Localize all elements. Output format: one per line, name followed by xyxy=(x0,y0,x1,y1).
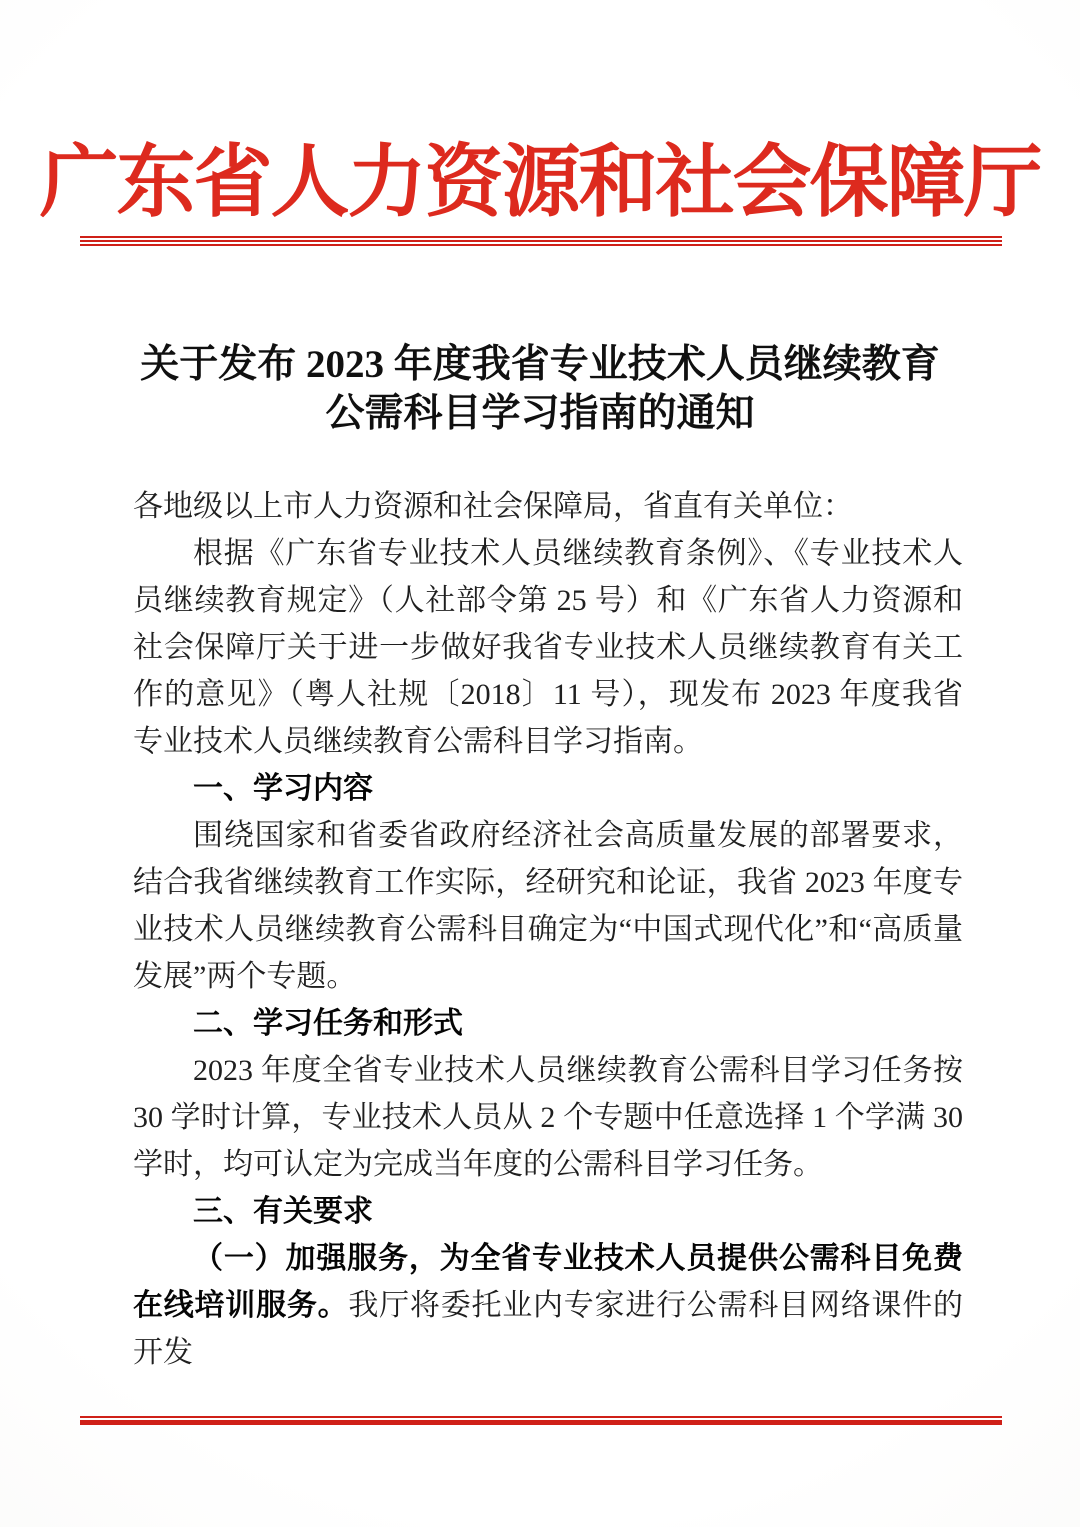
document-title-line1: 关于发布 2023 年度我省专业技术人员继续教育 xyxy=(90,340,990,389)
document-page: 广东省人力资源和社会保障厅 关于发布 2023 年度我省专业技术人员继续教育 公… xyxy=(0,0,1080,1527)
section-2-paragraph: 2023 年度全省专业技术人员继续教育公需科目学习任务按 30 学时计算，专业技… xyxy=(133,1047,963,1188)
section-3-heading: 三、有关要求 xyxy=(133,1188,963,1235)
document-body: 各地级以上市人力资源和社会保障局，省直有关单位： 根据《广东省专业技术人员继续教… xyxy=(133,483,963,1376)
document-title: 关于发布 2023 年度我省专业技术人员继续教育 公需科目学习指南的通知 xyxy=(90,340,990,438)
intro-paragraph: 根据《广东省专业技术人员继续教育条例》、《专业技术人员继续教育规定》（人社部令第… xyxy=(133,530,963,765)
section-3-paragraph: （一）加强服务，为全省专业技术人员提供公需科目免费在线培训服务。我厅将委托业内专… xyxy=(133,1235,963,1376)
section-1-heading: 一、学习内容 xyxy=(133,765,963,812)
masthead-separator-rule xyxy=(80,236,1002,246)
document-title-line2: 公需科目学习指南的通知 xyxy=(90,389,990,438)
section-1-paragraph: 围绕国家和省委省政府经济社会高质量发展的部署要求，结合我省继续教育工作实际，经研… xyxy=(133,812,963,1000)
section-2-heading: 二、学习任务和形式 xyxy=(133,1000,963,1047)
salutation-line: 各地级以上市人力资源和社会保障局，省直有关单位： xyxy=(133,483,963,530)
masthead-agency-name: 广东省人力资源和社会保障厅 xyxy=(0,118,1080,232)
footer-rule xyxy=(80,1416,1002,1425)
